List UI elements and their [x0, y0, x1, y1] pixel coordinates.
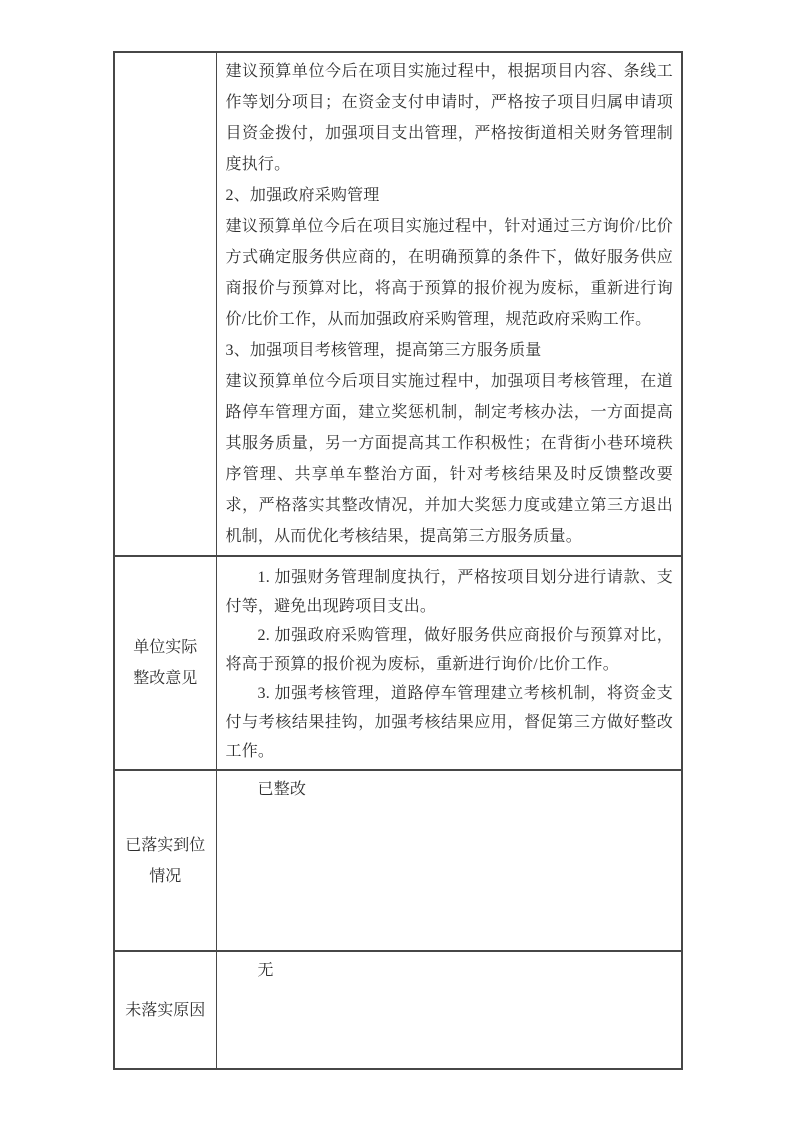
row-label-empty [114, 52, 216, 556]
row-content-unimplemented-reason: 无 [216, 951, 682, 1069]
table-row-implemented-status: 已落实到位 情况 已整改 [114, 770, 682, 951]
row-label-line: 整改意见 [119, 663, 212, 694]
paragraph-text: 已整改 [226, 774, 674, 805]
row-content-implemented-status: 已整改 [216, 770, 682, 951]
document-page: 建议预算单位今后在项目实施过程中，根据项目内容、条线工作等划分项目；在资金支付申… [0, 0, 793, 1122]
paragraph-text: 3、加强项目考核管理，提高第三方服务质量 [226, 335, 674, 366]
paragraph-text: 3. 加强考核管理，道路停车管理建立考核机制，将资金支付与考核结果挂钩，加强考核… [226, 679, 674, 766]
row-label-line: 未落实原因 [119, 995, 212, 1026]
table-row-unimplemented-reason: 未落实原因 无 [114, 951, 682, 1069]
row-content-opinion-continued: 建议预算单位今后在项目实施过程中，根据项目内容、条线工作等划分项目；在资金支付申… [216, 52, 682, 556]
row-label-line: 已落实到位 [119, 830, 212, 861]
row-label-implemented-status: 已落实到位 情况 [114, 770, 216, 951]
row-label-unimplemented-reason: 未落实原因 [114, 951, 216, 1069]
paragraph-text: 建议预算单位今后在项目实施过程中，根据项目内容、条线工作等划分项目；在资金支付申… [226, 56, 674, 180]
paragraph-text: 1. 加强财务管理制度执行，严格按项目划分进行请款、支付等，避免出现跨项目支出。 [226, 563, 674, 621]
table-row-opinion-continued: 建议预算单位今后在项目实施过程中，根据项目内容、条线工作等划分项目；在资金支付申… [114, 52, 682, 556]
row-label-unit-opinion: 单位实际 整改意见 [114, 556, 216, 770]
paragraph-text: 2、加强政府采购管理 [226, 180, 674, 211]
row-label-line: 单位实际 [119, 632, 212, 663]
table-row-unit-opinion: 单位实际 整改意见 1. 加强财务管理制度执行，严格按项目划分进行请款、支付等，… [114, 556, 682, 770]
paragraph-text: 2. 加强政府采购管理，做好服务供应商报价与预算对比，将高于预算的报价视为废标，… [226, 621, 674, 679]
rectification-table: 建议预算单位今后在项目实施过程中，根据项目内容、条线工作等划分项目；在资金支付申… [113, 51, 683, 1070]
paragraph-text: 建议预算单位今后项目实施过程中，加强项目考核管理，在道路停车管理方面，建立奖惩机… [226, 366, 674, 552]
row-label-line: 情况 [119, 861, 212, 892]
row-content-unit-opinion: 1. 加强财务管理制度执行，严格按项目划分进行请款、支付等，避免出现跨项目支出。… [216, 556, 682, 770]
paragraph-text: 无 [226, 955, 674, 986]
paragraph-text: 建议预算单位今后在项目实施过程中，针对通过三方询价/比价方式确定服务供应商的，在… [226, 211, 674, 335]
